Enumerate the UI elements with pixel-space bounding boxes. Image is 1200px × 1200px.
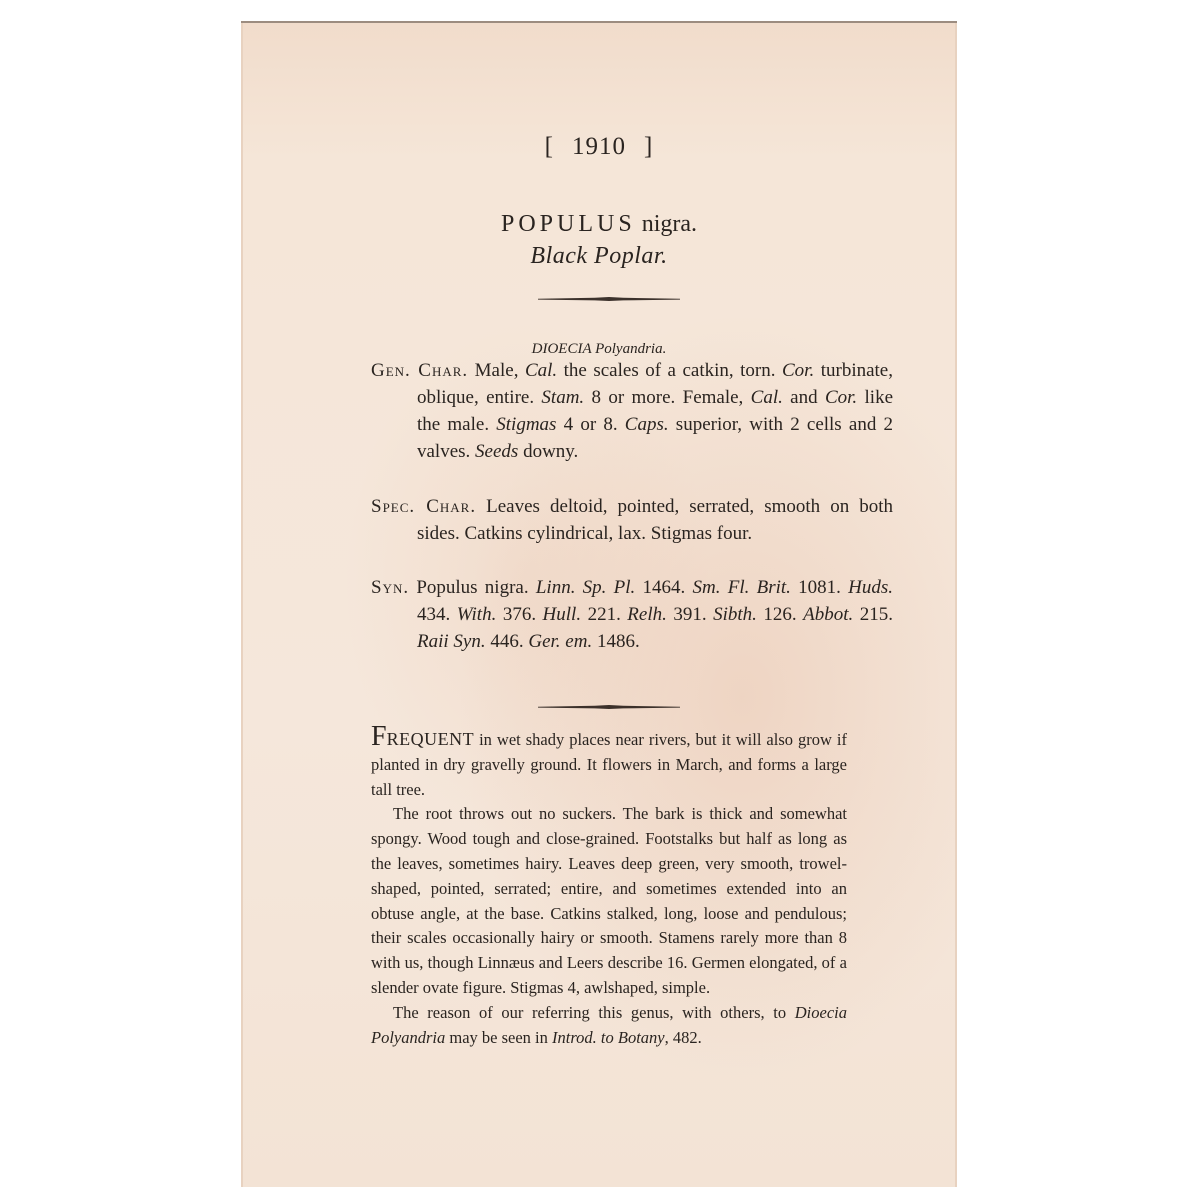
text-run: Male,: [468, 360, 525, 381]
spec-char-label: Spec. Char.: [371, 496, 476, 517]
italic-term: Sm. Fl. Brit.: [693, 577, 791, 598]
syn-label: Syn.: [371, 577, 409, 598]
gen-char-text: Male, Cal. the scales of a catkin, torn.…: [417, 360, 893, 462]
text-run: Populus nigra.: [409, 577, 536, 598]
plate-number-value: 1910: [572, 133, 626, 160]
italic-term: Stam.: [541, 387, 584, 408]
text-run: 126.: [757, 604, 803, 625]
spec-char-text: Leaves deltoid, pointed, serrated, smoot…: [417, 496, 893, 544]
italic-term: Caps.: [625, 414, 669, 435]
paragraph-description: The root throws out no suckers. The bark…: [371, 802, 847, 1000]
species-title: POPULUS nigra.: [241, 211, 957, 238]
synonymy: Syn. Populus nigra. Linn. Sp. Pl. 1464. …: [371, 574, 893, 655]
text-run: 446.: [486, 631, 529, 652]
text-run: 391.: [667, 604, 713, 625]
text-run: 1081.: [791, 577, 848, 598]
text-run: the scales of a catkin, torn.: [557, 360, 782, 381]
text-run: 4 or 8.: [556, 414, 624, 435]
close-bracket: ]: [644, 133, 653, 160]
text-run: 434.: [417, 604, 457, 625]
italic-term: Cal.: [751, 387, 783, 408]
syn-text: Populus nigra. Linn. Sp. Pl. 1464. Sm. F…: [409, 577, 893, 652]
italic-term: Hull.: [543, 604, 582, 625]
genus-name: POPULUS: [501, 211, 636, 237]
italic-term: Relh.: [627, 604, 667, 625]
note-text-end: , 482.: [665, 1028, 702, 1047]
text-run: 221.: [581, 604, 627, 625]
italic-term: Cal.: [525, 360, 557, 381]
ornamental-rule-bottom: [538, 705, 680, 709]
italic-term: Stigmas: [496, 414, 556, 435]
italic-term: Abbot.: [803, 604, 853, 625]
text-run: 376.: [496, 604, 542, 625]
text-run: 1486.: [592, 631, 640, 652]
species-name: nigra.: [642, 211, 697, 237]
paragraph-classification-note: The reason of our referring this genus, …: [371, 1001, 847, 1051]
italic-term: Raii Syn.: [417, 631, 486, 652]
italic-term: Linn. Sp. Pl.: [536, 577, 635, 598]
lead-word: REQUENT: [387, 729, 475, 749]
generic-character: Gen. Char. Male, Cal. the scales of a ca…: [371, 357, 893, 465]
specific-character: Spec. Char. Leaves deltoid, pointed, ser…: [371, 493, 893, 547]
italic-term: Huds.: [848, 577, 893, 598]
italic-term: With.: [457, 604, 497, 625]
italic-term: Ger. em.: [528, 631, 592, 652]
gen-char-label: Gen. Char.: [371, 360, 468, 381]
book-page: [1910] POPULUS nigra. Black Poplar. DIOE…: [241, 21, 957, 1187]
text-run: and: [783, 387, 825, 408]
italic-term: Cor.: [782, 360, 814, 381]
italic-term: Cor.: [825, 387, 857, 408]
italic-term: Sibth.: [713, 604, 757, 625]
paragraph-habitat: FREQUENT in wet shady places near rivers…: [371, 727, 847, 802]
text-run: 1464.: [635, 577, 692, 598]
linnaean-classification: DIOECIA Polyandria.: [241, 341, 957, 358]
note-text-start: The reason of our referring this genus, …: [393, 1003, 795, 1022]
italic-term: Seeds: [475, 441, 518, 462]
open-bracket: [: [545, 133, 554, 160]
note-reference: Introd. to Botany: [552, 1028, 665, 1047]
drop-cap: F: [371, 721, 387, 752]
text-run: 8 or more. Female,: [584, 387, 750, 408]
text-run: 215.: [853, 604, 893, 625]
note-text-mid: may be seen in: [445, 1028, 552, 1047]
ornamental-rule-top: [538, 297, 680, 301]
plate-number: [1910]: [241, 133, 957, 161]
description-body: FREQUENT in wet shady places near rivers…: [371, 727, 847, 1050]
text-run: downy.: [518, 441, 578, 462]
common-name: Black Poplar.: [241, 243, 957, 270]
